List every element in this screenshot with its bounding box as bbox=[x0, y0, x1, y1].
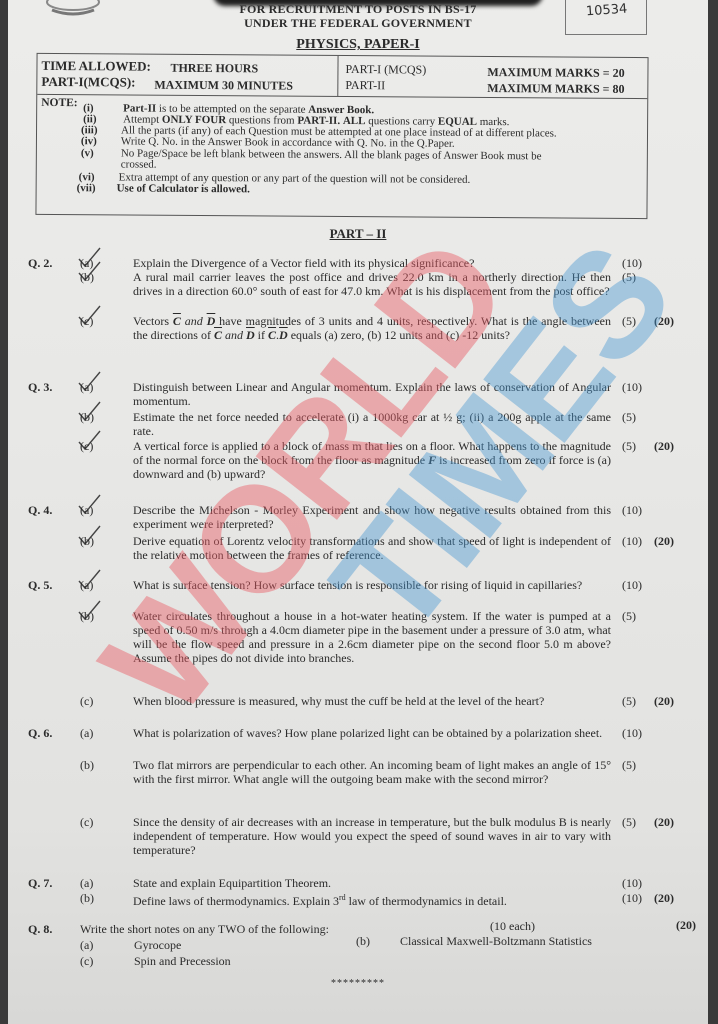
part2-marks-label: PART-II bbox=[345, 78, 385, 93]
time-marks-row: TIME ALLOWED: THREE HOURS PART-I(MCQS): … bbox=[37, 54, 647, 99]
question-total-marks: (20) bbox=[654, 891, 674, 906]
part-marks: (10) bbox=[622, 578, 642, 593]
question-intro: Write the short notes on any TWO of the … bbox=[80, 922, 329, 937]
part-label: (c) bbox=[80, 815, 93, 830]
part-marks: (5) bbox=[622, 609, 636, 624]
part-text: Two flat mirrors are perpendicular to ea… bbox=[133, 758, 611, 786]
part1-time-label: PART-I(MCQS): bbox=[41, 74, 135, 91]
question-total-marks: (20) bbox=[654, 439, 674, 454]
part-label: (c) bbox=[80, 694, 93, 709]
part-text: Vectors C and D have magnitudes of 3 uni… bbox=[133, 314, 611, 342]
question-total-marks: (20) bbox=[654, 314, 674, 329]
part-label: (b) bbox=[80, 609, 94, 624]
part-text: Describe the Michelson - Morley Experime… bbox=[133, 503, 611, 531]
part-text: Distinguish between Linear and Angular m… bbox=[133, 380, 611, 408]
time-allowed-value: THREE HOURS bbox=[170, 61, 258, 77]
note-number: (iv) bbox=[81, 135, 97, 147]
part-marks: (10) bbox=[622, 503, 642, 518]
roll-number: 10534 bbox=[586, 2, 628, 20]
part-label: (b) bbox=[80, 270, 94, 285]
part2-marks-value: MAXIMUM MARKS = 80 bbox=[487, 81, 624, 97]
option-text: Classical Maxwell-Boltzmann Statistics bbox=[400, 934, 592, 949]
part1-time-value: MAXIMUM 30 MINUTES bbox=[154, 78, 293, 94]
part-label: (a) bbox=[80, 876, 93, 891]
note-label: NOTE: bbox=[41, 97, 78, 109]
part-marks: (10) bbox=[622, 380, 642, 395]
part-marks: (10) bbox=[622, 891, 642, 906]
part-text: What is polarization of waves? How plane… bbox=[133, 726, 611, 740]
part-text: A rural mail carrier leaves the post off… bbox=[133, 270, 611, 298]
option-label: (b) bbox=[356, 934, 370, 949]
part-marks: (5) bbox=[622, 410, 636, 425]
part-2-heading: PART – II bbox=[8, 226, 708, 242]
question-total-marks: (20) bbox=[654, 815, 674, 830]
question-total-marks: (20) bbox=[676, 918, 696, 933]
end-marker: ********* bbox=[8, 978, 708, 989]
part-text: State and explain Equipartition Theorem. bbox=[133, 876, 611, 890]
option-text: Spin and Precession bbox=[134, 954, 231, 969]
question-number: Q. 2. bbox=[28, 256, 52, 271]
part-marks: (5) bbox=[622, 694, 636, 709]
time-allowed-label: TIME ALLOWED: bbox=[41, 58, 151, 75]
part-label: (a) bbox=[80, 503, 93, 518]
part-text: Water circulates throughout a house in a… bbox=[133, 609, 611, 665]
question-number: Q. 6. bbox=[28, 726, 52, 741]
part-label: (a) bbox=[80, 380, 93, 395]
roll-number-box: 10534 bbox=[565, 0, 647, 35]
part-text: When blood pressure is measured, why mus… bbox=[133, 694, 611, 708]
part-label: (a) bbox=[80, 578, 93, 593]
part-label: (b) bbox=[80, 534, 94, 549]
paper-title: PHYSICS, PAPER-I bbox=[8, 37, 708, 53]
divider bbox=[337, 56, 338, 96]
part-marks: (10) bbox=[622, 256, 642, 271]
part-marks: (5) bbox=[622, 815, 636, 830]
part-text: Explain the Divergence of a Vector field… bbox=[133, 256, 611, 270]
part-marks: (5) bbox=[622, 758, 636, 773]
question-total-marks: (20) bbox=[654, 534, 674, 549]
part-text: Derive equation of Lorentz velocity tran… bbox=[133, 534, 611, 562]
part-label: (b) bbox=[80, 891, 94, 906]
part-text: Since the density of air decreases with … bbox=[133, 815, 611, 857]
part-marks: (5) bbox=[622, 314, 636, 329]
part-marks: (10) bbox=[622, 726, 642, 741]
part1-marks-value: MAXIMUM MARKS = 20 bbox=[487, 65, 624, 81]
part-text: Estimate the net force needed to acceler… bbox=[133, 410, 611, 438]
part-text: A vertical force is applied to a block o… bbox=[133, 439, 611, 481]
part-marks: (5) bbox=[622, 270, 636, 285]
part-marks: (5) bbox=[622, 439, 636, 454]
part-marks: (10) bbox=[622, 534, 642, 549]
part-label: (a) bbox=[80, 726, 93, 741]
instructions-box: TIME ALLOWED: THREE HOURS PART-I(MCQS): … bbox=[35, 53, 648, 219]
note-text: No Page/Space be left blank between the … bbox=[121, 147, 542, 162]
question-number: Q. 5. bbox=[28, 578, 52, 593]
question-number: Q. 7. bbox=[28, 876, 52, 891]
option-text: Gyrocope bbox=[134, 938, 181, 953]
option-label: (c) bbox=[80, 954, 93, 969]
exam-paper: FOR RECRUITMENT TO POSTS IN BS-17 UNDER … bbox=[8, 0, 708, 1024]
question-number: Q. 8. bbox=[28, 922, 52, 937]
option-label: (a) bbox=[80, 938, 93, 953]
question-number: Q. 3. bbox=[28, 380, 52, 395]
part-label: (c) bbox=[80, 439, 93, 454]
part-text: Define laws of thermodynamics. Explain 3… bbox=[133, 891, 611, 908]
note-number: (v) bbox=[81, 147, 94, 159]
part-text: What is surface tension? How surface ten… bbox=[133, 578, 611, 592]
marks-each: (10 each) bbox=[490, 919, 535, 934]
note-text: crossed. bbox=[121, 158, 157, 170]
note-text: Use of Calculator is allowed. bbox=[117, 182, 250, 195]
part-label: (b) bbox=[80, 410, 94, 425]
part-label: (b) bbox=[80, 758, 94, 773]
note-number: (vii) bbox=[77, 182, 96, 194]
part-marks: (10) bbox=[622, 876, 642, 891]
part-label: (c) bbox=[80, 314, 93, 329]
question-number: Q. 4. bbox=[28, 503, 52, 518]
question-total-marks: (20) bbox=[654, 694, 674, 709]
part1-marks-label: PART-I (MCQS) bbox=[345, 62, 426, 78]
